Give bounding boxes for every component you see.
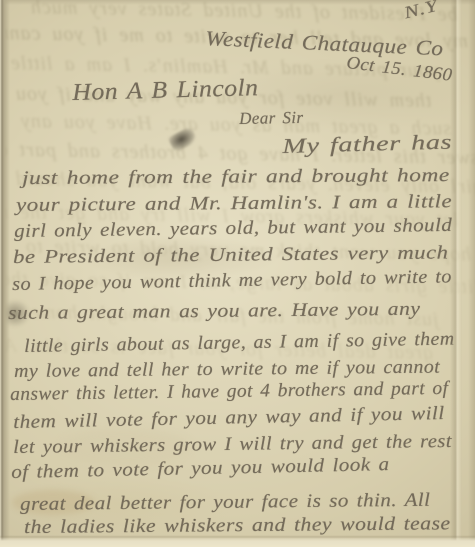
salutation: Dear Sir [239,108,304,129]
letter-line: great deal better for your face is so th… [20,490,431,516]
letter-line: little girls about as large, as I am if … [24,328,455,358]
fold-crease [450,0,462,547]
letter-line: of them to vote for you you would look a [11,454,390,484]
paper-edge-right [468,0,475,547]
letter-page: be President of the United States very m… [0,0,475,547]
letter-line: be President of the United States very m… [13,242,449,269]
place-line: Westfield Chatauque Co [205,26,444,61]
recipient-line: Hon A B Lincoln [72,75,259,107]
paper-edge-bottom [0,537,475,547]
letter-line: just home from the fair and brought home [22,165,450,190]
letter-line: so I hope you wont think me very bold to… [12,266,452,296]
letter-line: your picture and Mr. Hamlin's. I am a li… [16,191,452,217]
letter-line: them will vote for you any way and if yo… [13,403,445,434]
letter-line: girl only eleven. years old, but want yo… [14,215,452,243]
ink-blot [168,126,199,153]
opening-line: My father has [282,130,452,159]
letter-line: answer this letter. I have got 4 brother… [10,378,449,406]
paper-edge-left [0,0,10,547]
paper-edge-top [0,0,475,5]
letter-line: such a great man as you are. Have you an… [8,299,420,325]
